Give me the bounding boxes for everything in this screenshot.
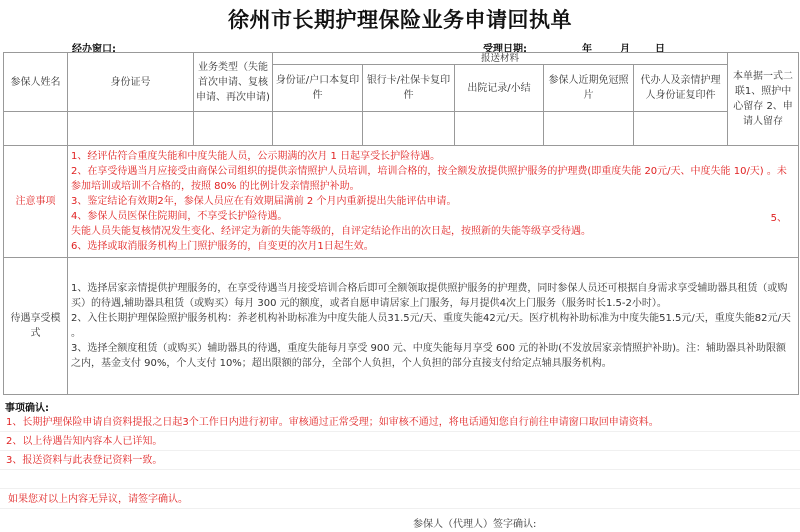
cell-agent-copy[interactable] xyxy=(634,112,728,146)
header-business-type: 业务类型（失能首次申请、复核申请、再次申请) xyxy=(194,53,273,112)
mode-content: 1、选择居家亲情提供护理服务的，在享受待遇当月接受培训合格后即可全额领取提供照护… xyxy=(68,258,799,395)
cell-photo[interactable] xyxy=(544,112,634,146)
note-line-4: 4、参保人员医保住院期间，不享受长护险待遇。 xyxy=(71,211,287,222)
note-line-5: 失能人员失能复核情况发生变化、经评定为新的失能等级的，自评定结论作出的次日起，按… xyxy=(71,224,795,239)
note-line-3: 3、鉴定结论有效期2年，参保人员应在有效期届满前 2 个月内重新提出失能评估申请… xyxy=(71,194,795,209)
header-bank-copy: 银行卡/社保卡复印件 xyxy=(363,65,455,112)
mode-line-1: 1、选择居家亲情提供护理服务的，在享受待遇当月接受培训合格后即可全额领取提供照护… xyxy=(71,281,795,311)
header-id-number: 身份证号 xyxy=(68,53,194,112)
header-materials-group: 报送材料 xyxy=(273,53,728,65)
header-agent-copy: 代办人及亲情护理人身份证复印件 xyxy=(634,65,728,112)
confirm-heading: 事项确认: xyxy=(5,399,49,414)
cell-business-type[interactable] xyxy=(194,112,273,146)
cell-id-copy[interactable] xyxy=(273,112,363,146)
mode-line-2: 2、入住长期护理保险照护服务机构：养老机构补助标准为中度失能人员31.5元/天、… xyxy=(71,311,795,326)
header-photo: 参保人近期免冠照片 xyxy=(544,65,634,112)
header-discharge: 出院记录/小结 xyxy=(455,65,544,112)
cell-id-number[interactable] xyxy=(68,112,194,146)
mode-line-2-cont: 。 xyxy=(71,326,795,341)
application-table: 参保人姓名 身份证号 业务类型（失能首次申请、复核申请、再次申请) 报送材料 本… xyxy=(3,52,799,395)
header-id-copy: 身份证/户口本复印件 xyxy=(273,65,363,112)
note-line-6: 6、选择或取消服务机构上门照护服务的，自变更的次月1日起生效。 xyxy=(71,239,795,254)
header-name: 参保人姓名 xyxy=(4,53,68,112)
cell-discharge[interactable] xyxy=(455,112,544,146)
mode-label: 待遇享受模式 xyxy=(4,258,68,395)
cell-bank-copy[interactable] xyxy=(363,112,455,146)
cell-name[interactable] xyxy=(4,112,68,146)
note-line-2: 2、在享受待遇当月应接受由商保公司组织的提供亲情照护人员培训，培训合格的，按全额… xyxy=(71,164,795,194)
note-stray-number: 5、 xyxy=(771,211,787,226)
note-line-1: 1、经评估符合重度失能和中度失能人员，公示期满的次月 1 日起享受长护险待遇。 xyxy=(71,149,795,164)
confirm-item-3: 3、报送资料与此表登记资料一致。 xyxy=(0,451,800,470)
notes-content: 1、经评估符合重度失能和中度失能人员，公示期满的次月 1 日起享受长护险待遇。 … xyxy=(68,146,799,258)
confirm-item-2: 2、以上待遇告知内容本人已详知。 xyxy=(0,432,800,451)
confirm-prompt: 如果您对以上内容无异议，请签字确认。 xyxy=(0,490,800,509)
signature-label[interactable]: 参保人（代理人）签字确认: xyxy=(413,515,536,530)
confirm-item-1: 1、长期护理保险申请自资料提报之日起3个工作日内进行初审。审核通过正常受理；如审… xyxy=(0,413,800,432)
page-title: 徐州市长期护理保险业务申请回执单 xyxy=(0,4,800,34)
mode-line-3: 3、选择全额度租赁（或购买）辅助器具的待遇，重度失能每月享受 900 元、中度失… xyxy=(71,341,795,371)
confirm-item-blank xyxy=(0,470,800,489)
header-note: 本单据一式二联1、照护中心留存 2、申请人留存 xyxy=(728,53,799,146)
notes-label: 注意事项 xyxy=(4,146,68,258)
